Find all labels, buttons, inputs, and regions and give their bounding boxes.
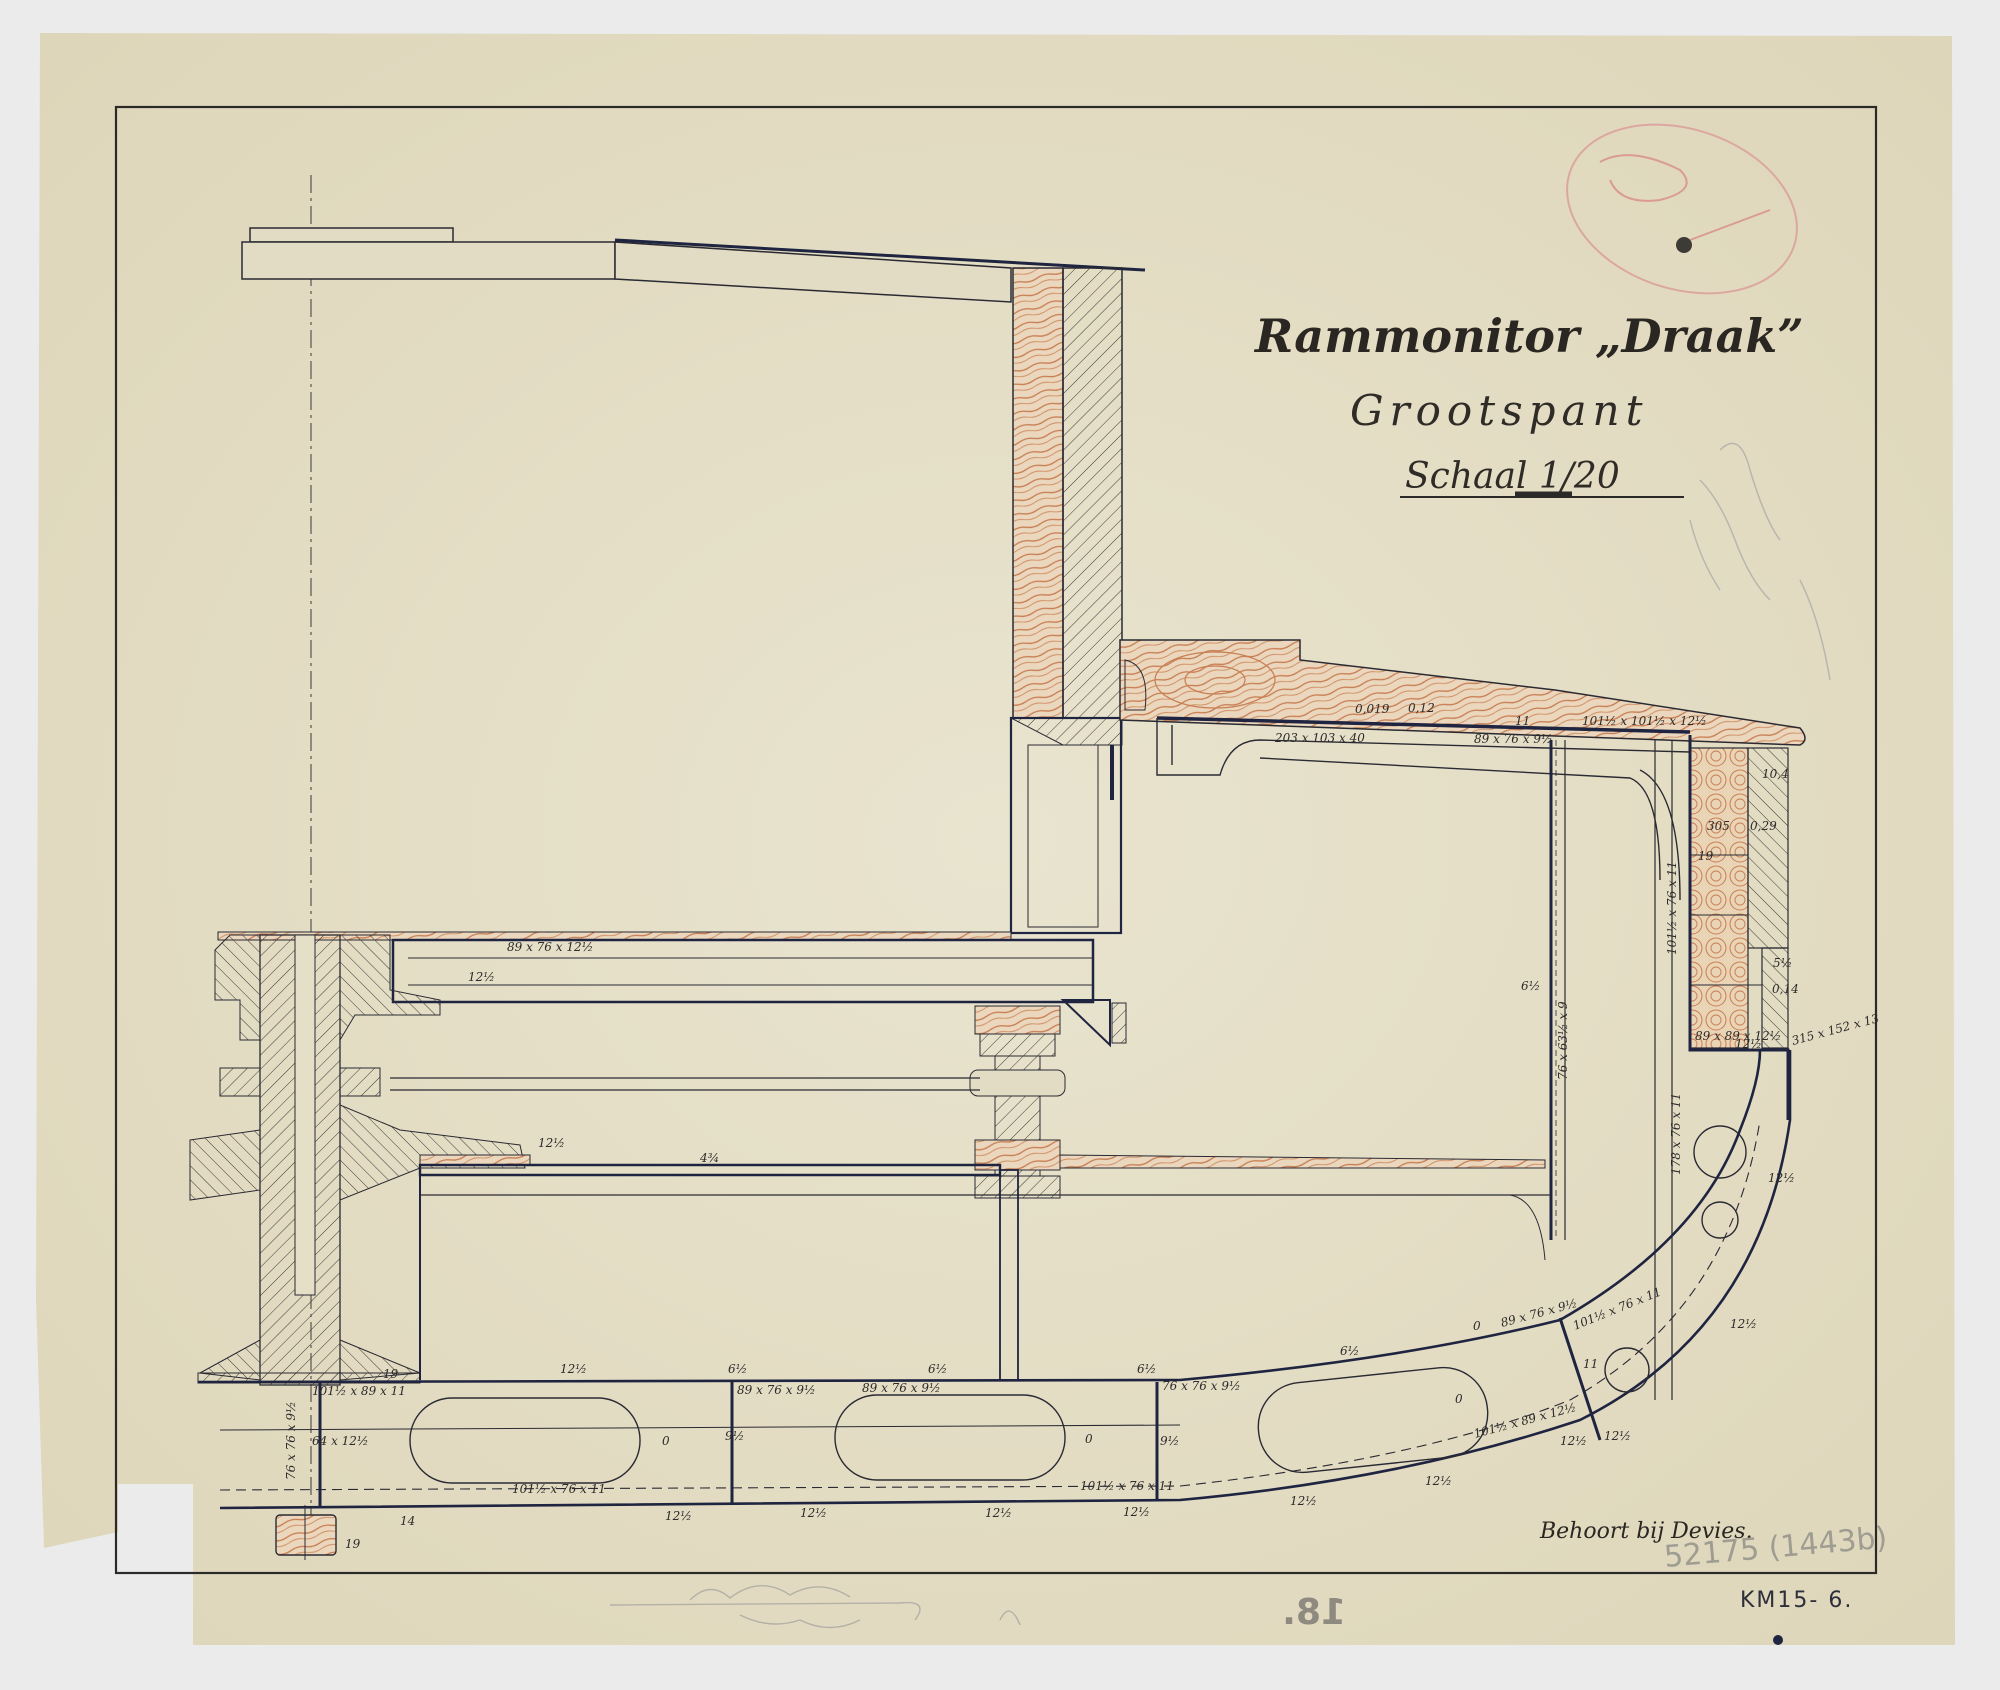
svg-text:6½: 6½ [728, 1362, 747, 1376]
svg-text:89 x 76 x 9½: 89 x 76 x 9½ [1474, 732, 1553, 746]
svg-text:76 x 76 x 9½: 76 x 76 x 9½ [1162, 1379, 1241, 1393]
svg-text:101½ x 101½ x 12½: 101½ x 101½ x 12½ [1582, 714, 1707, 728]
svg-text:6½: 6½ [1137, 1362, 1156, 1376]
svg-text:19: 19 [1698, 849, 1714, 863]
svg-text:14: 14 [400, 1514, 415, 1528]
svg-text:12½: 12½ [538, 1136, 565, 1150]
svg-text:12½: 12½ [985, 1506, 1012, 1520]
svg-text:12½: 12½ [1290, 1494, 1317, 1508]
svg-text:6½: 6½ [1521, 979, 1540, 993]
svg-text:11: 11 [1515, 714, 1530, 728]
drawing-subtitle: Grootspant [1350, 386, 1649, 435]
svg-text:76 x 63½ x 9: 76 x 63½ x 9 [1556, 1001, 1570, 1080]
svg-text:12½: 12½ [468, 970, 495, 984]
svg-text:4¾: 4¾ [699, 1151, 719, 1165]
svg-text:0: 0 [1455, 1392, 1463, 1406]
svg-text:12½: 12½ [1560, 1434, 1587, 1448]
svg-text:0,019: 0,019 [1355, 702, 1390, 716]
svg-text:19: 19 [345, 1537, 361, 1551]
svg-text:12½: 12½ [560, 1362, 587, 1376]
catalog-number: KM15- 6. [1740, 1588, 1853, 1613]
svg-text:101½ x 76 x 11: 101½ x 76 x 11 [1665, 861, 1679, 955]
svg-text:12½: 12½ [1604, 1429, 1631, 1443]
svg-text:0,12: 0,12 [1408, 701, 1435, 715]
svg-text:64 x 12½: 64 x 12½ [312, 1434, 369, 1448]
drawing-title: Rammonitor „Draak” [1253, 309, 1804, 363]
svg-text:0,29: 0,29 [1750, 819, 1777, 833]
svg-text:89 x 76 x 9½: 89 x 76 x 9½ [737, 1383, 816, 1397]
svg-text:0: 0 [1085, 1432, 1093, 1446]
svg-text:12½: 12½ [1730, 1317, 1757, 1331]
svg-text:9½: 9½ [725, 1429, 744, 1443]
svg-text:305: 305 [1707, 819, 1730, 833]
svg-text:11: 11 [1583, 1357, 1598, 1371]
svg-text:12½: 12½ [800, 1506, 827, 1520]
svg-text:9½: 9½ [1160, 1434, 1179, 1448]
drawing-scale: Schaal 1/20 [1405, 456, 1620, 497]
svg-text:12½: 12½ [1735, 1037, 1762, 1051]
svg-text:12½: 12½ [1425, 1474, 1452, 1488]
svg-text:5½: 5½ [1773, 956, 1792, 970]
svg-text:19: 19 [383, 1367, 399, 1381]
svg-text:12½: 12½ [1123, 1505, 1150, 1519]
sheet-number: 18. [1282, 1592, 1346, 1633]
svg-text:6½: 6½ [928, 1362, 947, 1376]
ink-dot [1773, 1635, 1783, 1645]
svg-text:101½ x 89 x 11: 101½ x 89 x 11 [312, 1384, 406, 1398]
svg-text:89 x 76 x 9½: 89 x 76 x 9½ [862, 1381, 941, 1395]
svg-text:0: 0 [1473, 1319, 1481, 1333]
svg-text:6½: 6½ [1340, 1344, 1359, 1358]
svg-text:101½ x 76 x 11: 101½ x 76 x 11 [512, 1482, 606, 1496]
svg-text:101½ x 76 x 11: 101½ x 76 x 11 [1080, 1479, 1174, 1493]
svg-text:0: 0 [662, 1434, 670, 1448]
svg-text:76 x 76 x 9½: 76 x 76 x 9½ [284, 1401, 298, 1480]
svg-text:178 x 76 x 11: 178 x 76 x 11 [1669, 1093, 1683, 1175]
svg-text:203 x 103 x 40: 203 x 103 x 40 [1274, 731, 1365, 745]
svg-text:12½: 12½ [1768, 1171, 1795, 1185]
svg-text:0,14: 0,14 [1772, 982, 1799, 996]
svg-text:10,4: 10,4 [1762, 767, 1789, 781]
engineering-drawing: Rammonitor „Draak” Grootspant Schaal 1/2… [0, 0, 2000, 1690]
svg-text:89 x 76 x 12½: 89 x 76 x 12½ [507, 940, 593, 954]
svg-text:12½: 12½ [665, 1509, 692, 1523]
ink-blot [1676, 237, 1692, 253]
